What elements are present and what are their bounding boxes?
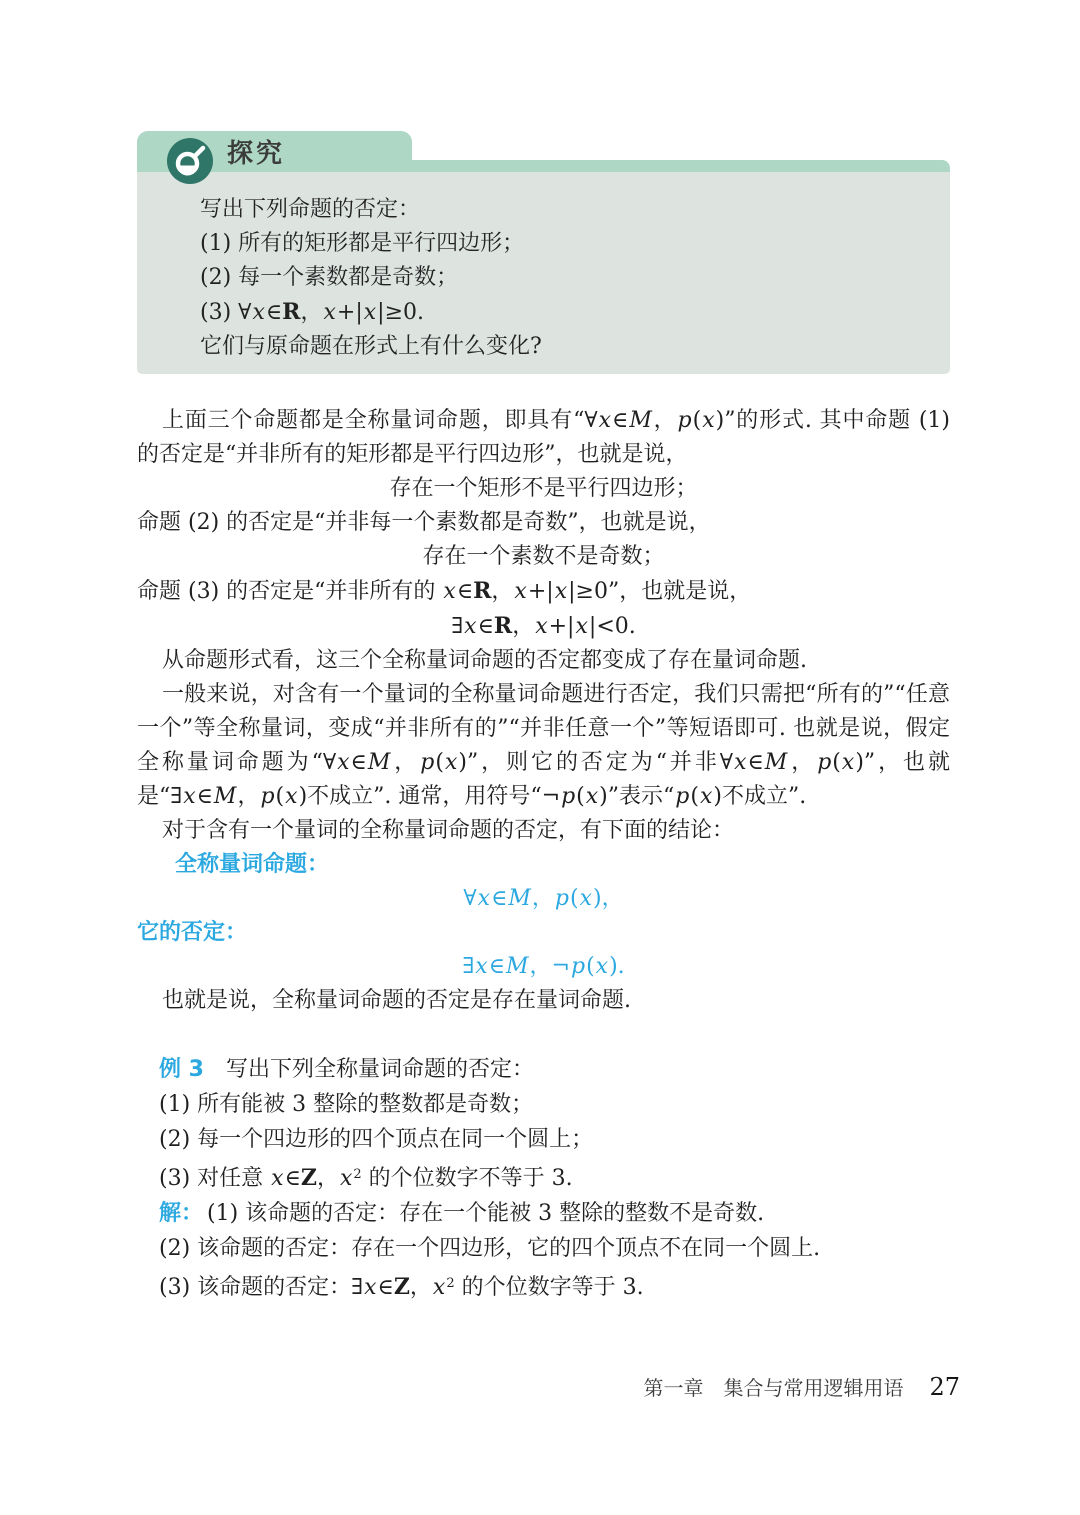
explore-line: (3) ∀x∈R，x+|x|≥0. — [200, 295, 930, 330]
paragraph-observation: 从命题形式看，这三个全称量词命题的否定都变成了存在量词命题. — [137, 644, 950, 678]
paragraph-intro: 上面三个命题都是全称量词命题，即具有“∀x∈M，p(x)”的形式. 其中命题 (… — [137, 404, 950, 472]
explore-tab-label: 探究 — [227, 133, 285, 170]
paragraph-prop3: 命题 (3) 的否定是“并非所有的 x∈R，x+|x|≥0”，也就是说， — [137, 574, 950, 609]
main-text: 上面三个命题都是全称量词命题，即具有“∀x∈M，p(x)”的形式. 其中命题 (… — [137, 404, 950, 1305]
explore-box: 探究 写出下列命题的否定： (1) 所有的矩形都是平行四边形； (2) 每一个素… — [137, 131, 950, 374]
example-item: (3) 对任意 x∈Z，x2 的个位数字不等于 3. — [159, 1157, 950, 1196]
textbook-page: 探究 写出下列命题的否定： (1) 所有的矩形都是平行四边形； (2) 每一个素… — [0, 0, 1080, 1515]
explore-body: 写出下列命题的否定： (1) 所有的矩形都是平行四边形； (2) 每一个素数都是… — [137, 172, 950, 374]
page-number: 27 — [929, 1373, 960, 1401]
negation-heading: 它的否定： — [137, 916, 950, 950]
paragraph-prop2: 命题 (2) 的否定是“并非每一个素数都是奇数”，也就是说， — [137, 506, 950, 540]
solution-label: 解： — [159, 1201, 203, 1226]
explore-line: (2) 每一个素数都是奇数； — [200, 261, 930, 295]
centered-negation-3: ∃x∈R，x+|x|<0. — [137, 609, 950, 644]
example-label: 例 3 — [159, 1057, 204, 1082]
page-footer: 第一章 集合与常用逻辑用语 27 — [643, 1372, 960, 1401]
example-3-block: 例 3写出下列全称量词命题的否定： (1) 所有能被 3 整除的整数都是奇数； … — [137, 1052, 950, 1305]
example-heading-line: 例 3写出下列全称量词命题的否定： — [159, 1052, 950, 1087]
explore-line: 它们与原命题在形式上有什么变化? — [200, 330, 930, 364]
paragraph-general-rule: 一般来说，对含有一个量词的全称量词命题进行否定，我们只需把“所有的”“任意一个”… — [137, 678, 950, 814]
solution-line: 解：(1) 该命题的否定：存在一个能被 3 整除的整数不是奇数. — [159, 1196, 950, 1231]
explore-line: 写出下列命题的否定： — [200, 193, 930, 227]
centered-negation-1: 存在一个矩形不是平行四边形； — [137, 472, 950, 506]
universal-proposition-formula: ∀x∈M，p(x)， — [137, 882, 950, 916]
solution-line: (2) 该命题的否定：存在一个四边形，它的四个顶点不在同一个圆上. — [159, 1231, 950, 1266]
solution-line: (3) 该命题的否定：∃x∈Z，x2 的个位数字等于 3. — [159, 1266, 950, 1305]
example-item: (2) 每一个四边形的四个顶点在同一个圆上； — [159, 1122, 950, 1157]
paragraph-conclusion-intro: 对于含有一个量词的全称量词命题的否定，有下面的结论： — [137, 814, 950, 848]
universal-proposition-heading: 全称量词命题： — [137, 848, 950, 882]
example-heading: 写出下列全称量词命题的否定： — [226, 1057, 534, 1082]
explore-line: (1) 所有的矩形都是平行四边形； — [200, 227, 930, 261]
negation-formula: ∃x∈M，¬p(x). — [137, 950, 950, 984]
solution-text: (1) 该命题的否定：存在一个能被 3 整除的整数不是奇数. — [207, 1201, 764, 1226]
section-title: 集合与常用逻辑用语 — [723, 1372, 903, 1401]
centered-negation-2: 存在一个素数不是奇数； — [137, 540, 950, 574]
chapter-label: 第一章 — [643, 1372, 703, 1401]
paragraph-summary: 也就是说，全称量词命题的否定是存在量词命题. — [137, 984, 950, 1018]
explore-magnifier-icon — [166, 137, 214, 185]
example-item: (1) 所有能被 3 整除的整数都是奇数； — [159, 1087, 950, 1122]
